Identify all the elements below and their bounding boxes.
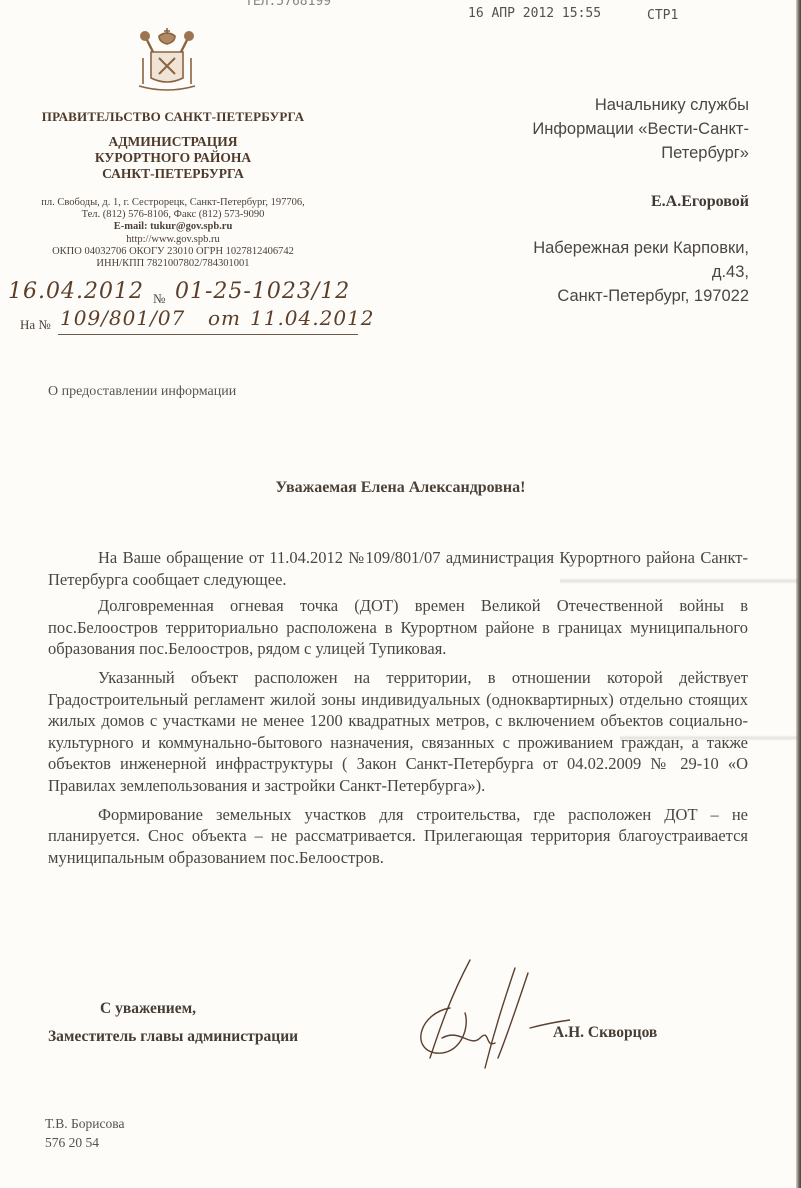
- website-line: http://www.gov.spb.ru: [18, 234, 328, 246]
- executor-phone: 576 20 54: [45, 1133, 124, 1152]
- closing-block: С уважением, Заместитель главы администр…: [48, 995, 298, 1051]
- handwritten-date: 16.04.2012: [8, 279, 144, 304]
- registry-codes-line: ОКПО 04032706 ОКОГУ 23010 ОГРН 102781240…: [18, 246, 328, 258]
- admin-line: КУРОРТНОГО РАЙОНА: [18, 150, 328, 166]
- recipient-line: Начальнику службы: [532, 93, 749, 117]
- reply-to-label: На №: [20, 317, 51, 333]
- scan-edge: [796, 0, 801, 1188]
- handwritten-outgoing-number: 01-25-1023/12: [175, 279, 350, 304]
- recipient-address: Набережная реки Карповки, д.43, Санкт-Пе…: [533, 236, 749, 308]
- regards-line: С уважением,: [48, 995, 298, 1023]
- executor-block: Т.В. Борисова 576 20 54: [45, 1114, 124, 1152]
- contact-block: пл. Свободы, д. 1, г. Сестрорецк, Санкт-…: [18, 197, 328, 270]
- number-label: №: [153, 291, 165, 307]
- inn-kpp-line: ИНН/КПП 7821007802/784301001: [18, 258, 328, 270]
- recipient-block: Начальнику службы Информации «Вести-Санк…: [532, 93, 749, 165]
- handwritten-signature-icon: [410, 958, 570, 1073]
- body-paragraph: Долговременная огневая точка (ДОТ) време…: [48, 595, 748, 660]
- address-line: Санкт-Петербург, 197022: [533, 284, 749, 308]
- admin-line: АДМИНИСТРАЦИЯ: [18, 134, 328, 150]
- body-paragraph: Формирование земельных участков для стро…: [48, 804, 748, 869]
- executor-name: Т.В. Борисова: [45, 1114, 124, 1133]
- letter-subject: О предоставлении информации: [48, 384, 236, 400]
- letter-body: На Ваше обращение от 11.04.2012 №109/801…: [48, 547, 748, 875]
- handwritten-reply-number: 109/801/07: [60, 306, 185, 330]
- government-title: ПРАВИТЕЛЬСТВО САНКТ-ПЕТЕРБУРГА: [18, 109, 328, 125]
- address-line: д.43,: [533, 260, 749, 284]
- phone-fax-line: Тел. (812) 576-8106, Факс (812) 573-9090: [18, 209, 328, 221]
- administration-title: АДМИНИСТРАЦИЯ КУРОРТНОГО РАЙОНА САНКТ-ПЕ…: [18, 134, 328, 182]
- body-paragraph: Указанный объект расположен на территори…: [48, 667, 748, 797]
- fax-datetime: 16 АПР 2012 15:55: [468, 6, 601, 21]
- address-line: Набережная реки Карповки,: [533, 236, 749, 260]
- recipient-line: Петербург»: [532, 141, 749, 165]
- fax-page: СТР1: [647, 8, 678, 23]
- fax-phone: ТЕЛ:5768199: [245, 0, 331, 9]
- reply-underline: [58, 334, 358, 335]
- signer-name: А.Н. Скворцов: [553, 1024, 657, 1042]
- body-paragraph: На Ваше обращение от 11.04.2012 №109/801…: [48, 547, 748, 590]
- email-line: E-mail: tukur@gov.spb.ru: [18, 221, 328, 233]
- admin-line: САНКТ-ПЕТЕРБУРГА: [18, 166, 328, 182]
- salutation: Уважаемая Елена Александровна!: [0, 479, 801, 497]
- saint-petersburg-coat-of-arms-icon: [133, 22, 201, 94]
- handwritten-from-label: от: [208, 306, 241, 330]
- address-line: пл. Свободы, д. 1, г. Сестрорецк, Санкт-…: [18, 197, 328, 209]
- recipient-name: Е.А.Егоровой: [651, 190, 749, 214]
- signer-position: Заместитель главы администрации: [48, 1023, 298, 1051]
- handwritten-reply-date: 11.04.2012: [250, 306, 375, 330]
- recipient-line: Информации «Вести-Санкт-: [532, 117, 749, 141]
